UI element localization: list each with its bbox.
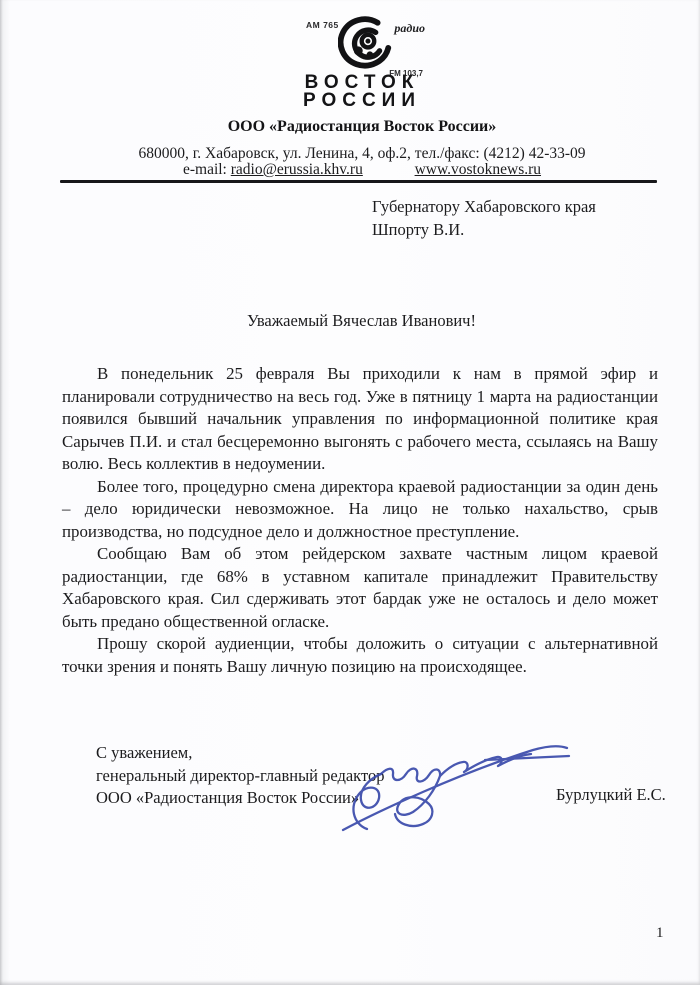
- addressee-title: Губернатору Хабаровского края: [372, 195, 596, 218]
- am-frequency-label: АМ 765: [306, 20, 339, 30]
- email-address: radio@erussia.khv.ru: [231, 161, 363, 178]
- website-address: www.vostoknews.ru: [415, 161, 541, 178]
- brand-name: ВОСТОК РОССИИ: [0, 74, 700, 109]
- paragraph-2: Более того, процедурно смена директора к…: [62, 476, 658, 544]
- page-number: 1: [656, 925, 664, 942]
- letterhead-divider: [60, 180, 657, 183]
- scanned-letter-page: АМ 765 радио FM 103,7 ВОСТОК РОССИИ ООО …: [0, 0, 700, 985]
- radio-label: радио: [394, 21, 425, 36]
- company-name: ООО «Радиостанция Восток России»: [12, 118, 700, 136]
- handwritten-signature: [337, 732, 575, 838]
- addressee-name: Шпорту В.И.: [372, 218, 596, 241]
- addressee-block: Губернатору Хабаровского края Шпорту В.И…: [372, 195, 596, 241]
- paragraph-3: Сообщаю Вам об этом рейдерском захвате ч…: [62, 543, 658, 633]
- salutation: Уважаемый Вячеслав Иванович!: [247, 311, 476, 331]
- radio-station-logo: АМ 765 радио FM 103,7: [300, 16, 425, 78]
- radio-spiral-logo-icon: [338, 16, 396, 74]
- brand-line-1: ВОСТОК: [0, 74, 700, 92]
- email-label: e-mail:: [183, 161, 227, 178]
- signer-name: Бурлуцкий Е.С.: [556, 785, 666, 805]
- letter-body: В понедельник 25 февраля Вы приходили к …: [62, 363, 658, 678]
- contact-row: e-mail: radio@erussia.khv.ru www.vostokn…: [12, 161, 700, 179]
- brand-line-2: РОССИИ: [0, 92, 700, 110]
- paragraph-1: В понедельник 25 февраля Вы приходили к …: [62, 363, 658, 476]
- paragraph-4: Прошу скорой аудиенции, чтобы доложить о…: [62, 633, 658, 678]
